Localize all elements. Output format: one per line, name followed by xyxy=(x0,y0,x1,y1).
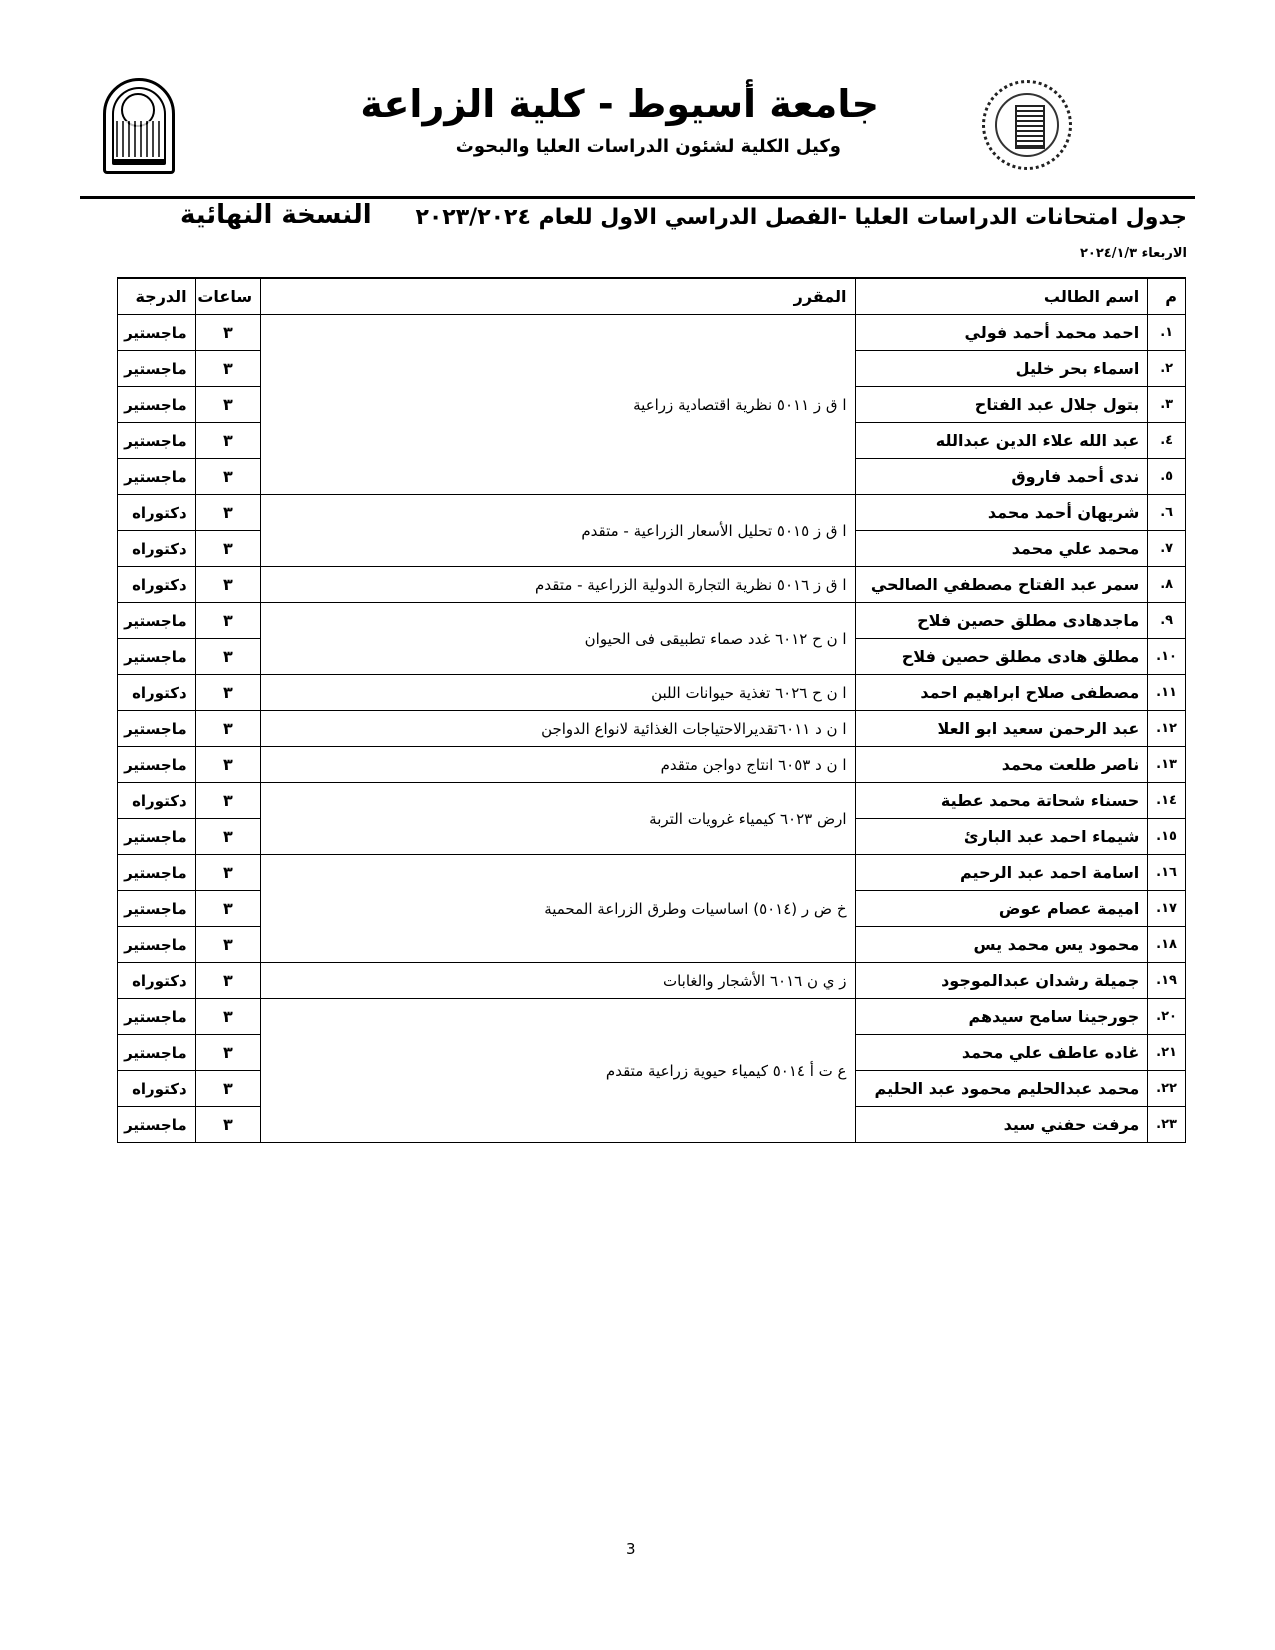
credit-hours: ٣ xyxy=(195,351,260,387)
row-number: ١٨. xyxy=(1148,927,1186,963)
student-name: محمود يس محمد يس xyxy=(855,927,1148,963)
credit-hours: ٣ xyxy=(195,531,260,567)
student-name: عبد الله علاء الدين عبدالله xyxy=(855,423,1148,459)
degree: ماجستير xyxy=(118,855,196,891)
row-number: ١٣. xyxy=(1148,747,1186,783)
course-cell: ا ق ز ٥٠١٥ تحليل الأسعار الزراعية - متقد… xyxy=(261,495,855,567)
table-row: ١. احمد محمد أحمد فولي ا ق ز ٥٠١١ نظرية … xyxy=(118,315,1186,351)
credit-hours: ٣ xyxy=(195,675,260,711)
row-number: ١٧. xyxy=(1148,891,1186,927)
final-version-label: النسخة النهائية xyxy=(180,200,372,230)
credit-hours: ٣ xyxy=(195,423,260,459)
credit-hours: ٣ xyxy=(195,747,260,783)
table-header-row: م اسم الطالب المقرر ساعات الدرجة xyxy=(118,278,1186,315)
row-number: ٣. xyxy=(1148,387,1186,423)
degree: دكتوراه xyxy=(118,963,196,999)
table-row: ١٩. جميلة رشدان عبدالموجود ز ي ن ٦٠١٦ ال… xyxy=(118,963,1186,999)
row-number: ١١. xyxy=(1148,675,1186,711)
degree: ماجستير xyxy=(118,747,196,783)
student-name: بتول جلال عبد الفتاح xyxy=(855,387,1148,423)
header-course: المقرر xyxy=(261,278,855,315)
credit-hours: ٣ xyxy=(195,855,260,891)
credit-hours: ٣ xyxy=(195,783,260,819)
credit-hours: ٣ xyxy=(195,387,260,423)
student-name: اسامة احمد عبد الرحيم xyxy=(855,855,1148,891)
student-name: جميلة رشدان عبدالموجود xyxy=(855,963,1148,999)
seal-emblem xyxy=(1015,105,1045,149)
credit-hours: ٣ xyxy=(195,711,260,747)
row-number: ٤. xyxy=(1148,423,1186,459)
table-row: ١٦. اسامة احمد عبد الرحيم خ ض ر (٥٠١٤) ا… xyxy=(118,855,1186,891)
credit-hours: ٣ xyxy=(195,1107,260,1143)
student-name: احمد محمد أحمد فولي xyxy=(855,315,1148,351)
student-name: مصطفى صلاح ابراهيم احمد xyxy=(855,675,1148,711)
credit-hours: ٣ xyxy=(195,963,260,999)
degree: دكتوراه xyxy=(118,531,196,567)
credit-hours: ٣ xyxy=(195,315,260,351)
student-name: حسناء شحاتة محمد عطية xyxy=(855,783,1148,819)
table-row: ١٣. ناصر طلعت محمد ا ن د ٦٠٥٣ انتاج دواج… xyxy=(118,747,1186,783)
logo-gate xyxy=(116,121,162,157)
degree: دكتوراه xyxy=(118,567,196,603)
degree: دكتوراه xyxy=(118,675,196,711)
table-row: ٩. ماجدهادى مطلق حصين فلاح ا ن ح ٦٠١٢ غد… xyxy=(118,603,1186,639)
credit-hours: ٣ xyxy=(195,1071,260,1107)
university-logo-icon xyxy=(103,78,175,174)
credit-hours: ٣ xyxy=(195,927,260,963)
course-cell: ارض ٦٠٢٣ كيمياء غرويات التربة xyxy=(261,783,855,855)
header-num: م xyxy=(1148,278,1186,315)
row-number: ٨. xyxy=(1148,567,1186,603)
degree: ماجستير xyxy=(118,423,196,459)
student-name: سمر عبد الفتاح مصطفي الصالحي xyxy=(855,567,1148,603)
course-cell: ا ق ز ٥٠١١ نظرية اقتصادية زراعية xyxy=(261,315,855,495)
row-number: ١٦. xyxy=(1148,855,1186,891)
row-number: ١٤. xyxy=(1148,783,1186,819)
student-name: ماجدهادى مطلق حصين فلاح xyxy=(855,603,1148,639)
credit-hours: ٣ xyxy=(195,999,260,1035)
degree: ماجستير xyxy=(118,639,196,675)
credit-hours: ٣ xyxy=(195,459,260,495)
course-cell: ا ن د ٦٠٥٣ انتاج دواجن متقدم xyxy=(261,747,855,783)
student-name: محمد عبدالحليم محمود عبد الحليم xyxy=(855,1071,1148,1107)
row-number: ٩. xyxy=(1148,603,1186,639)
degree: دكتوراه xyxy=(118,783,196,819)
student-name: عبد الرحمن سعيد ابو العلا xyxy=(855,711,1148,747)
exam-schedule-table: م اسم الطالب المقرر ساعات الدرجة ١. احمد… xyxy=(117,277,1186,1143)
course-cell: ا ن ح ٦٠٢٦ تغذية حيوانات اللبن xyxy=(261,675,855,711)
student-name: مرفت حفني سيد xyxy=(855,1107,1148,1143)
header-divider xyxy=(80,196,1195,199)
row-number: ١٩. xyxy=(1148,963,1186,999)
student-name: غاده عاطف علي محمد xyxy=(855,1035,1148,1071)
row-number: ٢٢. xyxy=(1148,1071,1186,1107)
table-row: ٢٠. جورجينا سامح سيدهم ع ت أ ٥٠١٤ كيمياء… xyxy=(118,999,1186,1035)
degree: ماجستير xyxy=(118,315,196,351)
student-name: اميمة عصام عوض xyxy=(855,891,1148,927)
row-number: ٥. xyxy=(1148,459,1186,495)
logo-base xyxy=(114,159,164,165)
course-cell: ا ق ز ٥٠١٦ نظرية التجارة الدولية الزراعي… xyxy=(261,567,855,603)
student-name: مطلق هادى مطلق حصين فلاح xyxy=(855,639,1148,675)
row-number: ١٠. xyxy=(1148,639,1186,675)
course-cell: خ ض ر (٥٠١٤) اساسيات وطرق الزراعة المحمي… xyxy=(261,855,855,963)
student-name: شيماء احمد عبد البارئ xyxy=(855,819,1148,855)
course-cell: ا ن د ٦٠١١تقديرالاحتياجات الغذائية لانوا… xyxy=(261,711,855,747)
student-name: ناصر طلعت محمد xyxy=(855,747,1148,783)
credit-hours: ٣ xyxy=(195,603,260,639)
document-title: جدول امتحانات الدراسات العليا -الفصل الد… xyxy=(415,205,1187,230)
student-name: ندى أحمد فاروق xyxy=(855,459,1148,495)
row-number: ٢٣. xyxy=(1148,1107,1186,1143)
row-number: ١٢. xyxy=(1148,711,1186,747)
degree: دكتوراه xyxy=(118,495,196,531)
page-header: جامعة أسيوط - كلية الزراعة وكيل الكلية ل… xyxy=(0,0,1275,190)
degree: ماجستير xyxy=(118,1035,196,1071)
faculty-seal-icon xyxy=(982,80,1072,170)
credit-hours: ٣ xyxy=(195,495,260,531)
course-cell: ا ن ح ٦٠١٢ غدد صماء تطبيقى فى الحيوان xyxy=(261,603,855,675)
credit-hours: ٣ xyxy=(195,891,260,927)
credit-hours: ٣ xyxy=(195,567,260,603)
row-number: ٧. xyxy=(1148,531,1186,567)
student-name: شريهان أحمد محمد xyxy=(855,495,1148,531)
table-row: ١١. مصطفى صلاح ابراهيم احمد ا ن ح ٦٠٢٦ ت… xyxy=(118,675,1186,711)
row-number: ٢١. xyxy=(1148,1035,1186,1071)
degree: ماجستير xyxy=(118,891,196,927)
header-degree: الدرجة xyxy=(118,278,196,315)
credit-hours: ٣ xyxy=(195,819,260,855)
degree: ماجستير xyxy=(118,603,196,639)
course-cell: ع ت أ ٥٠١٤ كيمياء حيوية زراعية متقدم xyxy=(261,999,855,1143)
header-hours: ساعات xyxy=(195,278,260,315)
degree: ماجستير xyxy=(118,711,196,747)
degree: ماجستير xyxy=(118,387,196,423)
row-number: ٢٠. xyxy=(1148,999,1186,1035)
degree: ماجستير xyxy=(118,999,196,1035)
row-number: ١. xyxy=(1148,315,1186,351)
credit-hours: ٣ xyxy=(195,1035,260,1071)
degree: ماجستير xyxy=(118,459,196,495)
header-student-name: اسم الطالب xyxy=(855,278,1148,315)
student-name: اسماء بحر خليل xyxy=(855,351,1148,387)
degree: ماجستير xyxy=(118,927,196,963)
degree: ماجستير xyxy=(118,1107,196,1143)
vice-dean-subtitle: وكيل الكلية لشئون الدراسات العليا والبحو… xyxy=(456,136,841,157)
degree: ماجستير xyxy=(118,351,196,387)
exam-date: الاربعاء ٢٠٢٤/١/٣ xyxy=(1080,246,1187,261)
credit-hours: ٣ xyxy=(195,639,260,675)
degree: دكتوراه xyxy=(118,1071,196,1107)
table-row: ٦. شريهان أحمد محمد ا ق ز ٥٠١٥ تحليل الأ… xyxy=(118,495,1186,531)
page-number: 3 xyxy=(626,1540,636,1558)
university-title: جامعة أسيوط - كلية الزراعة xyxy=(360,82,879,126)
student-name: جورجينا سامح سيدهم xyxy=(855,999,1148,1035)
row-number: ٦. xyxy=(1148,495,1186,531)
student-name: محمد علي محمد xyxy=(855,531,1148,567)
row-number: ٢. xyxy=(1148,351,1186,387)
table-row: ١٤. حسناء شحاتة محمد عطية ارض ٦٠٢٣ كيميا… xyxy=(118,783,1186,819)
row-number: ١٥. xyxy=(1148,819,1186,855)
table-row: ٨. سمر عبد الفتاح مصطفي الصالحي ا ق ز ٥٠… xyxy=(118,567,1186,603)
table-row: ١٢. عبد الرحمن سعيد ابو العلا ا ن د ٦٠١١… xyxy=(118,711,1186,747)
degree: ماجستير xyxy=(118,819,196,855)
course-cell: ز ي ن ٦٠١٦ الأشجار والغابات xyxy=(261,963,855,999)
